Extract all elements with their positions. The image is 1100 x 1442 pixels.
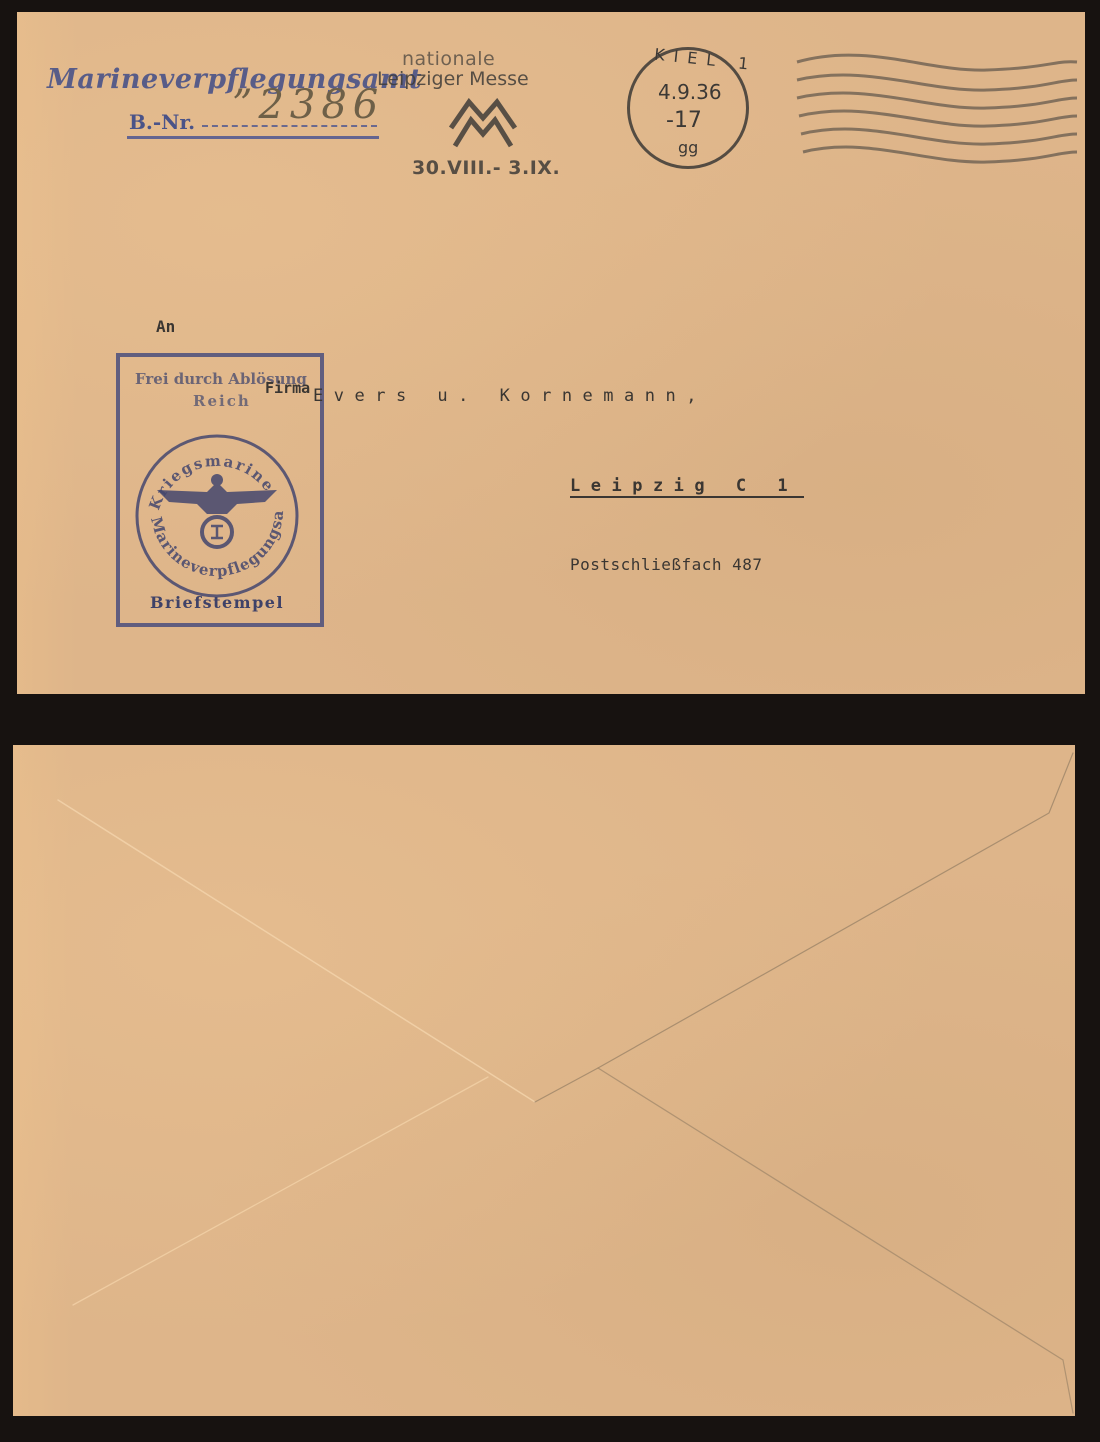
wavy-cancel-lines — [787, 42, 1087, 167]
ditto-mark: ” — [232, 82, 258, 128]
postmark-date: 4.9.36 — [658, 80, 722, 104]
envelope-flap-folds — [13, 745, 1075, 1416]
postmark-time: -17 — [666, 108, 702, 133]
envelope-back — [13, 745, 1075, 1416]
address-city: Leipzig C 1 — [570, 476, 798, 496]
reference-underline — [127, 136, 379, 139]
slogan-dates: 30.VIII.- 3.IX. — [412, 157, 560, 179]
address-pobox: Postschließfach 487 — [570, 555, 763, 574]
address-company: Evers u. Kornemann, — [313, 386, 707, 406]
reference-label: B.-Nr. — [129, 110, 195, 134]
postmark-code: gg — [678, 138, 698, 157]
official-stamp-line-2: Reich — [193, 392, 251, 410]
slogan-line-1: nationale — [402, 48, 495, 70]
slogan-line-2: Leipziger Messe — [377, 68, 529, 90]
address-salutation: An — [156, 317, 175, 336]
eagle-seal-icon: Kriegsmarine Marineverpflegungsamt — [127, 430, 307, 602]
address-city-underline — [570, 496, 804, 498]
double-m-logo-icon — [447, 98, 519, 148]
address-firma-label: Firma — [265, 379, 310, 397]
official-stamp-footer: Briefstempel — [150, 593, 284, 612]
reference-number: 2386 — [258, 82, 384, 128]
reference-number-handwritten: ”2386 — [232, 82, 384, 128]
envelope-front: Marineverpflegungsamt B.-Nr. ”2386 natio… — [17, 12, 1085, 694]
